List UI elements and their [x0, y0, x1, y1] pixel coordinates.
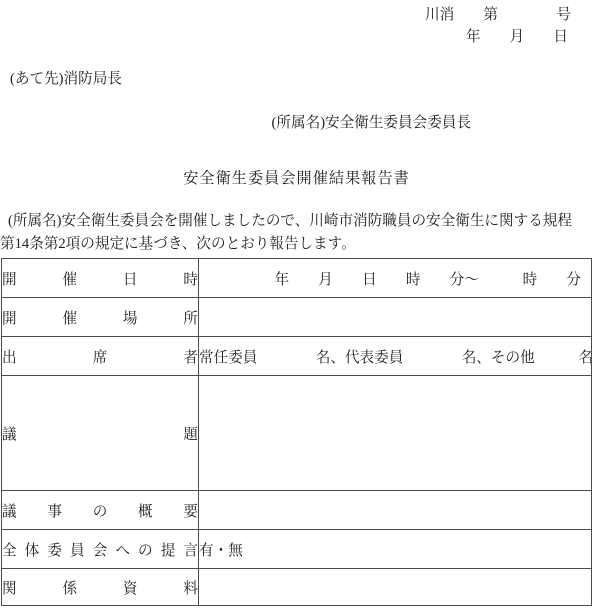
sender-line: (所属名)安全衛生委員会委員長	[0, 112, 593, 134]
row-meeting-datetime: 開催日時 年 月 日 時 分～ 時 分	[2, 259, 592, 298]
row-proceedings-summary: 議事の概要	[2, 491, 592, 530]
report-document: 川消 第 号 年 月 日 (あて先)消防局長 (所属名)安全衛生委員会委員長 安…	[0, 0, 593, 609]
body-text-line-2: 第14条第2項の規定に基づき、次のとおり報告します。	[0, 233, 593, 256]
row-value-proceedings-summary	[199, 491, 592, 530]
row-proposal-to-general-committee: 全体委員会への提言 有・無	[2, 530, 592, 569]
row-label-meeting-datetime: 開催日時	[2, 259, 199, 298]
row-related-documents: 関係資料	[2, 569, 592, 606]
row-value-proposal-to-general-committee: 有・無	[199, 530, 592, 569]
row-label-proceedings-summary: 議事の概要	[2, 491, 199, 530]
row-label-related-documents: 関係資料	[2, 569, 199, 606]
row-label-agenda: 議題	[2, 376, 199, 491]
row-agenda: 議題	[2, 376, 592, 491]
document-number-line: 川消 第 号	[0, 0, 593, 26]
row-meeting-place: 開催場所	[2, 298, 592, 337]
addressee-line: (あて先)消防局長	[0, 68, 593, 90]
report-table: 開催日時 年 月 日 時 分～ 時 分 開催場所 出席者 常任委員 名、代表委員…	[1, 258, 592, 606]
row-label-attendees: 出席者	[2, 337, 199, 376]
document-title: 安全衛生委員会開催結果報告書	[0, 168, 593, 190]
row-value-meeting-datetime: 年 月 日 時 分～ 時 分	[199, 259, 592, 298]
row-value-related-documents	[199, 569, 592, 606]
row-label-proposal-to-general-committee: 全体委員会への提言	[2, 530, 199, 569]
row-attendees: 出席者 常任委員 名、代表委員 名、その他 名	[2, 337, 592, 376]
row-value-attendees: 常任委員 名、代表委員 名、その他 名	[199, 337, 592, 376]
document-date-line: 年 月 日	[0, 26, 593, 48]
row-value-meeting-place	[199, 298, 592, 337]
row-label-meeting-place: 開催場所	[2, 298, 199, 337]
row-value-agenda	[199, 376, 592, 491]
body-text-line-1: (所属名)安全衛生委員会を開催しましたので、川崎市消防職員の安全衛生に関する規程	[0, 210, 593, 233]
